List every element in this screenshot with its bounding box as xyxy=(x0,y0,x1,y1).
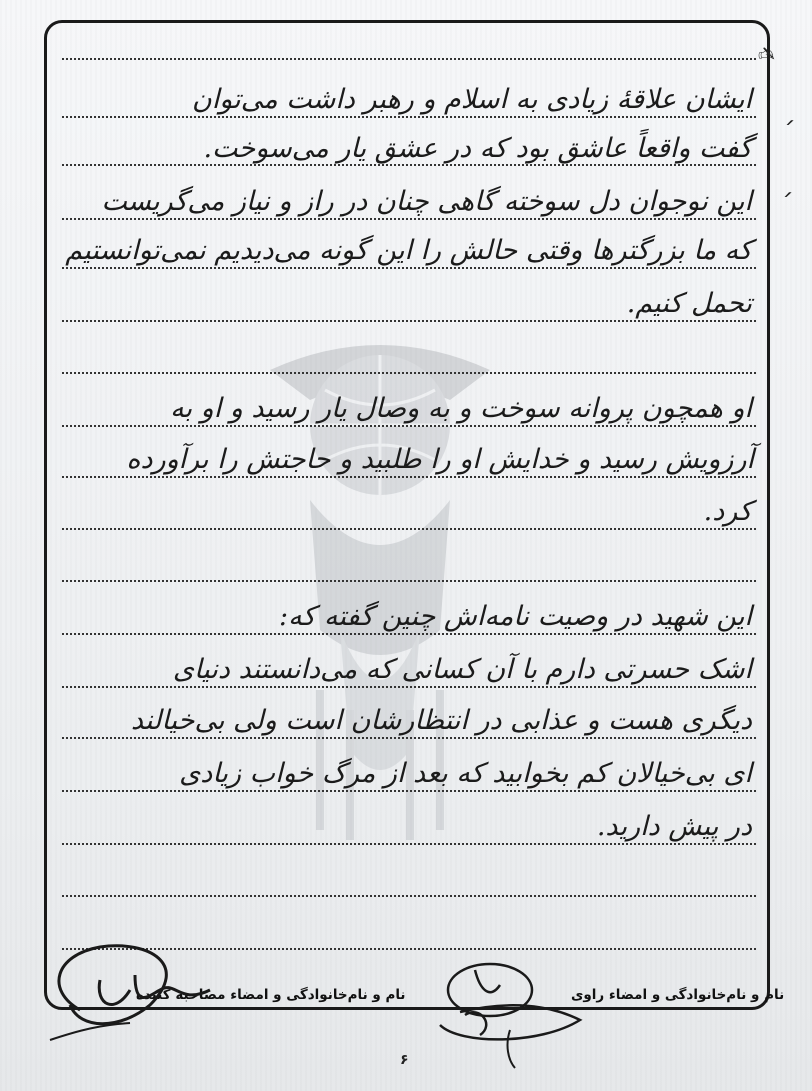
ruled-line xyxy=(62,372,756,374)
page-number: ۶ xyxy=(400,1052,409,1068)
handwritten-line: در پیش دارید. xyxy=(597,811,752,842)
ruled-line xyxy=(62,580,756,582)
handwritten-line: این شهید در وصیت نامه‌اش چنین گفته که: xyxy=(279,601,752,632)
handwritten-line: که ما بزرگترها وقتی حالش را این گونه می‌… xyxy=(65,235,752,266)
ruled-line xyxy=(62,737,756,739)
page-border-frame xyxy=(44,20,770,1010)
ruled-line xyxy=(62,320,756,322)
narrator-signature-label: نام و نام‌خانوادگی و امضاء راوی xyxy=(571,987,784,1003)
ruled-line xyxy=(62,948,756,950)
ruled-line xyxy=(62,164,756,166)
ruled-line xyxy=(62,686,756,688)
ruled-line xyxy=(62,633,756,635)
ruled-line xyxy=(62,425,756,427)
pen-writing-icon: ✍ xyxy=(758,42,775,66)
ruled-line xyxy=(62,528,756,530)
handwritten-line: گفت واقعاً عاشق بود که در عشق یار می‌سوخ… xyxy=(203,133,752,164)
handwritten-line: او همچون پروانه سوخت و به وصال یار رسید … xyxy=(170,393,752,424)
ruled-line xyxy=(62,218,756,220)
handwritten-line: کرد. xyxy=(704,496,752,527)
ruled-line xyxy=(62,790,756,792)
ruled-line xyxy=(62,267,756,269)
handwritten-line: آرزویش رسید و خدایش او را طلبید و حاجتش … xyxy=(126,444,754,475)
ruled-line xyxy=(62,116,756,118)
margin-tick-mark: ˊ xyxy=(778,190,791,220)
handwritten-line: این نوجوان دل سوخته گاهی چنان در راز و ن… xyxy=(101,186,752,217)
ruled-line xyxy=(62,58,756,60)
handwritten-line: اشک حسرتی دارم با آن کسانی که می‌دانستند… xyxy=(173,654,752,685)
interviewer-signature-label: نام و نام‌خانوادگی و امضاء مصاحبه کننده xyxy=(136,987,406,1003)
handwritten-line: ای بی‌خیالان کم بخوابید که بعد از مرگ خو… xyxy=(179,758,752,789)
margin-tick-mark: ˊ xyxy=(780,118,793,148)
ruled-line xyxy=(62,476,756,478)
ruled-line xyxy=(62,843,756,845)
handwritten-line: ایشان علاقه‌ٔ زیادی به اسلام و رهبر داشت… xyxy=(192,84,752,115)
handwritten-line: تحمل کنیم. xyxy=(627,288,752,319)
handwritten-line: دیگری هست و عذابی در انتظارشان است ولی ب… xyxy=(131,705,752,736)
ruled-line xyxy=(62,895,756,897)
